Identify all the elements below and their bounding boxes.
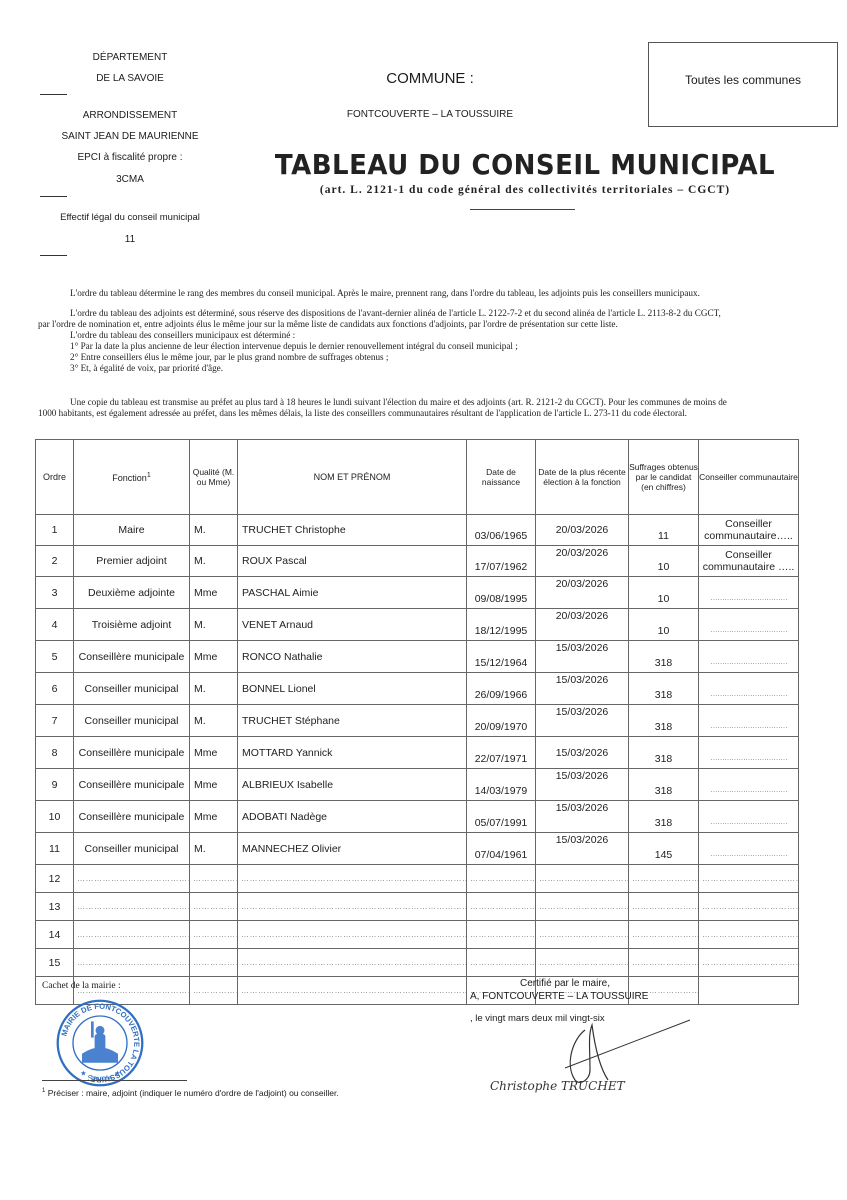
cell-ordre: 11 <box>36 833 74 865</box>
cell-placeholder: …………………………………………………………………………………………… <box>536 949 629 977</box>
cell-placeholder <box>699 977 799 1005</box>
cell-placeholder: …………………………………………………………………………………………… <box>238 893 467 921</box>
cell-placeholder: …………………………………………………………………………………………… <box>629 865 699 893</box>
cell-election: 20/03/2026 <box>536 546 629 577</box>
cell-election: 20/03/2026 <box>536 609 629 641</box>
paragraph-line: L'ordre du tableau des adjoints est déte… <box>38 308 838 319</box>
cell-ordre: 8 <box>36 737 74 769</box>
svg-text:★: ★ <box>80 1068 86 1077</box>
cell-placeholder: …………………………………………………………………………………………… <box>190 865 238 893</box>
cell-qualite: M. <box>190 673 238 705</box>
paragraph-line: par l'ordre de nomination et, entre adjo… <box>38 319 838 330</box>
cell-placeholder: …………………………………………………………………………………………… <box>190 893 238 921</box>
cell-nom: TRUCHET Stéphane <box>238 705 467 737</box>
table-row-empty: 12……………………………………………………………………………………………………… <box>36 865 799 893</box>
header-nom: NOM ET PRÉNOM <box>238 440 467 515</box>
cell-placeholder: …………………………………………………………………………………………… <box>467 893 536 921</box>
cell-nom: RONCO Nathalie <box>238 641 467 673</box>
cell-placeholder: …………………………………………………………………………………………… <box>74 893 190 921</box>
departement-name: DE LA SAVOIE <box>40 74 220 84</box>
table-row: 2Premier adjointM.ROUX Pascal17/07/19622… <box>36 546 799 577</box>
cell-qualite: Mme <box>190 737 238 769</box>
cell-placeholder: …………………………………………………………………………………………… <box>467 865 536 893</box>
cell-communautaire: …………………………… <box>699 705 799 737</box>
cell-election: 15/03/2026 <box>536 769 629 801</box>
table-row: 9Conseillère municipaleMmeALBRIEUX Isabe… <box>36 769 799 801</box>
cell-election: 15/03/2026 <box>536 673 629 705</box>
table-row-empty: 15……………………………………………………………………………………………………… <box>36 949 799 977</box>
table-row: 7Conseiller municipalM.TRUCHET Stéphane2… <box>36 705 799 737</box>
svg-text:★: ★ <box>114 1068 120 1077</box>
cell-qualite: Mme <box>190 769 238 801</box>
cell-ordre: 10 <box>36 801 74 833</box>
cell-naissance: 14/03/1979 <box>467 769 536 801</box>
header-fonction: Fonction1 <box>74 440 190 515</box>
cell-suffrages: 318 <box>629 769 699 801</box>
svg-text:Christophe TRUCHET: Christophe TRUCHET <box>490 1079 626 1093</box>
cell-naissance: 17/07/1962 <box>467 546 536 577</box>
epci-label: EPCI à fiscalité propre : <box>40 153 220 163</box>
cell-placeholder: …………………………………………………………………………………………… <box>190 977 238 1005</box>
cell-placeholder: …………………………………………………………………………………………… <box>74 921 190 949</box>
departement-label: DÉPARTEMENT <box>40 53 220 63</box>
cell-nom: MOTTARD Yannick <box>238 737 467 769</box>
cell-naissance: 26/09/1966 <box>467 673 536 705</box>
cell-election: 15/03/2026 <box>536 641 629 673</box>
cell-qualite: M. <box>190 515 238 546</box>
table-row-empty: 14……………………………………………………………………………………………………… <box>36 921 799 949</box>
header-ordre: Ordre <box>36 440 74 515</box>
svg-text:Savoie: Savoie <box>88 1074 113 1083</box>
cell-nom: ROUX Pascal <box>238 546 467 577</box>
table-row: 5Conseillère municipaleMmeRONCO Nathalie… <box>36 641 799 673</box>
cell-naissance: 18/12/1995 <box>467 609 536 641</box>
page-subtitle: (art. L. 2121-1 du code général des coll… <box>240 184 810 196</box>
table-row: 4Troisième adjointM.VENET Arnaud18/12/19… <box>36 609 799 641</box>
cell-ordre: 1 <box>36 515 74 546</box>
cell-naissance: 09/08/1995 <box>467 577 536 609</box>
cell-ordre: 3 <box>36 577 74 609</box>
cell-nom: BONNEL Lionel <box>238 673 467 705</box>
cell-qualite: M. <box>190 705 238 737</box>
cell-communautaire: …………………………… <box>699 769 799 801</box>
certification-line-2: A, FONTCOUVERTE – LA TOUSSUIRE <box>470 991 648 1002</box>
cell-placeholder: …………………………………………………………………………………………… <box>536 921 629 949</box>
header-election: Date de la plus récente élection à la fo… <box>536 440 629 515</box>
cell-communautaire: Conseiller communautaire ….. <box>699 546 799 577</box>
table-row-empty: …………………………………………………………………………………………………………… <box>36 977 799 1005</box>
table-row: 6Conseiller municipalM.BONNEL Lionel26/0… <box>36 673 799 705</box>
cell-placeholder: …………………………………………………………………………………………… <box>699 865 799 893</box>
cell-nom: ALBRIEUX Isabelle <box>238 769 467 801</box>
cell-suffrages: 10 <box>629 546 699 577</box>
effectif-label: Effectif légal du conseil municipal <box>40 213 220 223</box>
cell-fonction: Conseillère municipale <box>74 769 190 801</box>
cell-placeholder: …………………………………………………………………………………………… <box>467 949 536 977</box>
paragraph-line: 1000 habitants, est également adressée a… <box>38 408 838 419</box>
cachet-label: Cachet de la mairie : <box>42 981 121 991</box>
cell-communautaire: …………………………… <box>699 737 799 769</box>
header-communautaire: Conseiller communautaire <box>699 440 799 515</box>
cell-communautaire: …………………………… <box>699 641 799 673</box>
cell-election: 15/03/2026 <box>536 737 629 769</box>
cell-qualite: M. <box>190 833 238 865</box>
cell-fonction: Premier adjoint <box>74 546 190 577</box>
cell-placeholder: …………………………………………………………………………………………… <box>238 865 467 893</box>
cell-fonction: Conseillère municipale <box>74 737 190 769</box>
mairie-stamp: MAIRIE DE FONTCOUVERTE LA TOUSSUIRE Savo… <box>55 998 145 1088</box>
cell-communautaire: …………………………… <box>699 577 799 609</box>
cell-nom: MANNECHEZ Olivier <box>238 833 467 865</box>
cell-ordre: 9 <box>36 769 74 801</box>
cell-election: 20/03/2026 <box>536 515 629 546</box>
cell-fonction: Deuxième adjointe <box>74 577 190 609</box>
cell-placeholder: …………………………………………………………………………………………… <box>699 921 799 949</box>
paragraph-rank-order: L'ordre du tableau détermine le rang des… <box>70 288 840 299</box>
cell-fonction: Conseillère municipale <box>74 801 190 833</box>
paragraph-adjoints-order: L'ordre du tableau des adjoints est déte… <box>38 308 838 374</box>
cell-nom: ADOBATI Nadège <box>238 801 467 833</box>
divider <box>40 94 67 95</box>
cell-qualite: Mme <box>190 801 238 833</box>
cell-fonction: Conseiller municipal <box>74 673 190 705</box>
cell-suffrages: 10 <box>629 609 699 641</box>
cell-election: 15/03/2026 <box>536 705 629 737</box>
commune-scope-text: Toutes les communes <box>649 73 837 87</box>
cell-placeholder: …………………………………………………………………………………………… <box>238 977 467 1005</box>
cell-qualite: Mme <box>190 577 238 609</box>
cell-placeholder: …………………………………………………………………………………………… <box>74 865 190 893</box>
council-table: Ordre Fonction1 Qualité (M. ou Mme) NOM … <box>35 439 799 1005</box>
cell-nom: TRUCHET Christophe <box>238 515 467 546</box>
cell-suffrages: 318 <box>629 737 699 769</box>
table-row: 10Conseillère municipaleMmeADOBATI Nadèg… <box>36 801 799 833</box>
footnote-divider <box>42 1080 187 1081</box>
arrondissement-name: SAINT JEAN DE MAURIENNE <box>40 132 220 142</box>
cell-fonction: Conseiller municipal <box>74 833 190 865</box>
cell-qualite: M. <box>190 609 238 641</box>
table-header-row: Ordre Fonction1 Qualité (M. ou Mme) NOM … <box>36 440 799 515</box>
table-row-empty: 13……………………………………………………………………………………………………… <box>36 893 799 921</box>
cell-suffrages: 318 <box>629 641 699 673</box>
cell-naissance: 15/12/1964 <box>467 641 536 673</box>
cell-fonction: Conseillère municipale <box>74 641 190 673</box>
cell-communautaire: Conseiller communautaire….. <box>699 515 799 546</box>
cell-ordre: 4 <box>36 609 74 641</box>
table-row: 8Conseillère municipaleMmeMOTTARD Yannic… <box>36 737 799 769</box>
header-suffrages: Suffrages obtenus par le candidat (en ch… <box>629 440 699 515</box>
cell-election: 20/03/2026 <box>536 577 629 609</box>
cell-ordre: 15 <box>36 949 74 977</box>
cell-placeholder: …………………………………………………………………………………………… <box>629 893 699 921</box>
cell-placeholder: …………………………………………………………………………………………… <box>629 921 699 949</box>
cell-naissance: 22/07/1971 <box>467 737 536 769</box>
cell-nom: VENET Arnaud <box>238 609 467 641</box>
cell-ordre: 5 <box>36 641 74 673</box>
cell-ordre: 6 <box>36 673 74 705</box>
cell-placeholder: …………………………………………………………………………………………… <box>629 949 699 977</box>
cell-placeholder: …………………………………………………………………………………………… <box>190 949 238 977</box>
footnote: 1 Préciser : maire, adjoint (indiquer le… <box>42 1088 339 1098</box>
cell-naissance: 07/04/1961 <box>467 833 536 865</box>
cell-ordre: 13 <box>36 893 74 921</box>
cell-placeholder: …………………………………………………………………………………………… <box>699 893 799 921</box>
cell-placeholder: …………………………………………………………………………………………… <box>467 921 536 949</box>
commune-scope-box: Toutes les communes <box>648 42 838 127</box>
effectif-value: 11 <box>40 235 220 245</box>
commune-label: COMMUNE : <box>300 70 560 87</box>
table-row: 1MaireM.TRUCHET Christophe03/06/196520/0… <box>36 515 799 546</box>
rule-item-2: 2° Entre conseillers élus le même jour, … <box>38 352 838 363</box>
mayor-signature: Christophe TRUCHET <box>480 1010 700 1100</box>
cell-suffrages: 318 <box>629 673 699 705</box>
divider <box>40 196 67 197</box>
paragraph-line: Une copie du tableau est transmise au pr… <box>38 397 838 408</box>
cell-naissance: 03/06/1965 <box>467 515 536 546</box>
cell-ordre: 2 <box>36 546 74 577</box>
epci-name: 3CMA <box>40 175 220 185</box>
cell-communautaire: …………………………… <box>699 833 799 865</box>
cell-communautaire: …………………………… <box>699 673 799 705</box>
paragraph-line: L'ordre du tableau des conseillers munic… <box>38 330 838 341</box>
cell-placeholder: …………………………………………………………………………………………… <box>536 865 629 893</box>
arrondissement-label: ARRONDISSEMENT <box>40 111 220 121</box>
cell-suffrages: 318 <box>629 705 699 737</box>
table-row: 11Conseiller municipalM.MANNECHEZ Olivie… <box>36 833 799 865</box>
cell-qualite: M. <box>190 546 238 577</box>
cell-placeholder: …………………………………………………………………………………………… <box>74 949 190 977</box>
rule-item-3: 3° Et, à égalité de voix, par priorité d… <box>38 363 838 374</box>
cell-suffrages: 145 <box>629 833 699 865</box>
header-qualite: Qualité (M. ou Mme) <box>190 440 238 515</box>
divider <box>40 255 67 256</box>
cell-qualite: Mme <box>190 641 238 673</box>
cell-placeholder: …………………………………………………………………………………………… <box>699 949 799 977</box>
rule-item-1: 1° Par la date la plus ancienne de leur … <box>38 341 838 352</box>
cell-nom: PASCHAL Aimie <box>238 577 467 609</box>
cell-ordre: 7 <box>36 705 74 737</box>
cell-suffrages: 11 <box>629 515 699 546</box>
cell-fonction: Maire <box>74 515 190 546</box>
commune-name: FONTCOUVERTE – LA TOUSSUIRE <box>300 109 560 120</box>
cell-naissance: 20/09/1970 <box>467 705 536 737</box>
cell-placeholder: …………………………………………………………………………………………… <box>536 893 629 921</box>
cell-election: 15/03/2026 <box>536 833 629 865</box>
cell-placeholder: …………………………………………………………………………………………… <box>190 921 238 949</box>
cell-placeholder: …………………………………………………………………………………………… <box>238 921 467 949</box>
cell-placeholder: …………………………………………………………………………………………… <box>238 949 467 977</box>
cell-fonction: Conseiller municipal <box>74 705 190 737</box>
cell-suffrages: 10 <box>629 577 699 609</box>
cell-election: 15/03/2026 <box>536 801 629 833</box>
cell-ordre: 14 <box>36 921 74 949</box>
cell-ordre: 12 <box>36 865 74 893</box>
cell-communautaire: …………………………… <box>699 801 799 833</box>
paragraph-transmission: Une copie du tableau est transmise au pr… <box>38 397 838 419</box>
page-title: TABLEAU DU CONSEIL MUNICIPAL <box>260 148 790 181</box>
certification-line-1: Certifié par le maire, <box>470 978 660 989</box>
cell-suffrages: 318 <box>629 801 699 833</box>
header-naissance: Date de naissance <box>467 440 536 515</box>
table-row: 3Deuxième adjointeMmePASCHAL Aimie09/08/… <box>36 577 799 609</box>
cell-fonction: Troisième adjoint <box>74 609 190 641</box>
cell-naissance: 05/07/1991 <box>467 801 536 833</box>
cell-communautaire: …………………………… <box>699 609 799 641</box>
administrative-header: DÉPARTEMENT DE LA SAVOIE ARRONDISSEMENT … <box>40 48 220 256</box>
title-divider <box>470 209 575 210</box>
